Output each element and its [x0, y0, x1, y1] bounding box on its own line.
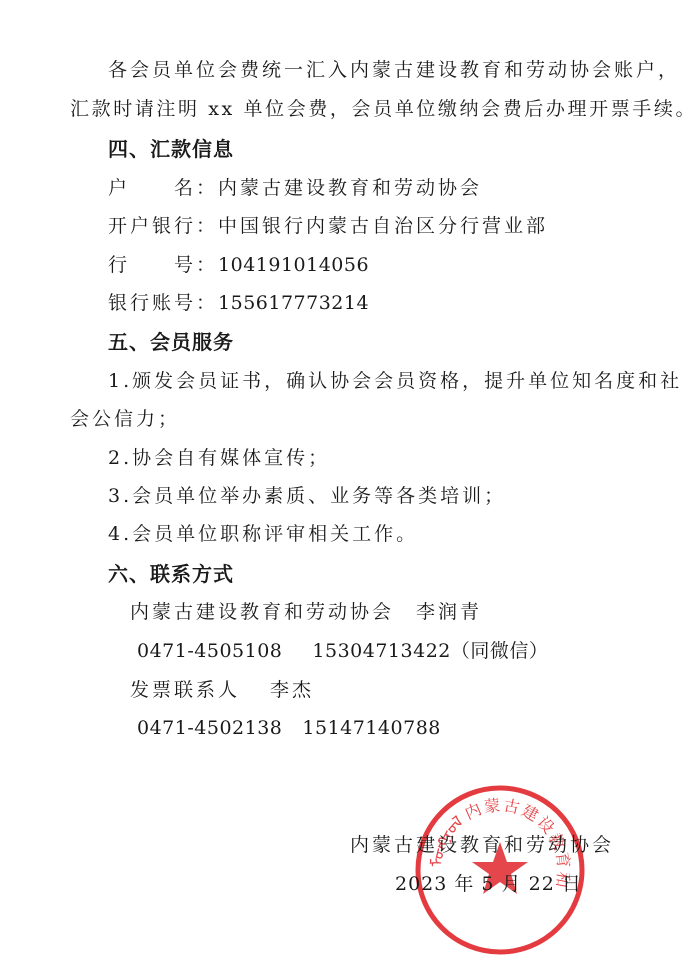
- section-heading-remittance: 四、汇款信息: [108, 137, 234, 161]
- service-item-2: 2.协会自有媒体宣传；: [108, 446, 330, 470]
- field-value: 内蒙古建设教育和劳动协会: [218, 177, 482, 199]
- field-label: 开户银行：: [108, 215, 218, 237]
- signature-org: 内蒙古建设教育和劳动协会: [350, 833, 614, 857]
- field-label: 户 名：: [108, 177, 218, 199]
- service-item-4: 4.会员单位职称评审相关工作。: [108, 522, 418, 546]
- service-item-3: 3.会员单位举办素质、业务等各类培训；: [108, 484, 506, 508]
- contact-phone: 0471-4505108: [137, 640, 282, 662]
- field-account-name: 户 名：内蒙古建设教育和劳动协会: [108, 176, 482, 200]
- service-item-1: 1.颁发会员证书，确认协会会员资格，提升单位知名度和社: [108, 369, 682, 393]
- contact-mobile: 15304713422（同微信）: [312, 640, 548, 662]
- section-heading-services: 五、会员服务: [108, 330, 234, 354]
- signature-date: 2023 年 5 月 22 日: [395, 872, 582, 896]
- field-value: 104191014056: [218, 254, 369, 276]
- field-bank: 开户银行：中国银行内蒙古自治区分行营业部: [108, 214, 548, 238]
- contact-name: 李润青: [416, 601, 482, 623]
- contact-phone: 0471-4502138: [137, 717, 282, 739]
- official-seal-icon: ᠮᠣᠩᠭᠣᠯ 内蒙古建设教育和劳动协会: [414, 784, 586, 956]
- field-label: 银行账号：: [108, 292, 218, 314]
- contact-2-org: 发票联系人李杰: [130, 678, 314, 702]
- contact-1-phones: 0471-450510815304713422（同微信）: [137, 639, 548, 663]
- section-heading-contact: 六、联系方式: [108, 562, 234, 586]
- contact-2-phones: 0471-450213815147140788: [137, 716, 441, 740]
- field-bank-code: 行 号：104191014056: [108, 253, 369, 277]
- field-value: 155617773214: [218, 292, 369, 314]
- field-value: 中国银行内蒙古自治区分行营业部: [218, 215, 548, 237]
- field-account-number: 银行账号：155617773214: [108, 291, 369, 315]
- service-item-1-cont: 会公信力；: [70, 407, 180, 431]
- contact-1-org: 内蒙古建设教育和劳动协会李润青: [130, 600, 482, 624]
- contact-mobile: 15147140788: [302, 717, 440, 739]
- field-label: 行 号：: [108, 254, 218, 276]
- contact-role: 发票联系人: [130, 679, 240, 701]
- intro-line-2: 汇款时请注明 xx 单位会费，会员单位缴纳会费后办理开票手续。: [70, 97, 697, 121]
- contact-org: 内蒙古建设教育和劳动协会: [130, 601, 394, 623]
- intro-line-1: 各会员单位会费统一汇入内蒙古建设教育和劳动协会账户，: [108, 58, 680, 82]
- contact-name: 李杰: [270, 679, 314, 701]
